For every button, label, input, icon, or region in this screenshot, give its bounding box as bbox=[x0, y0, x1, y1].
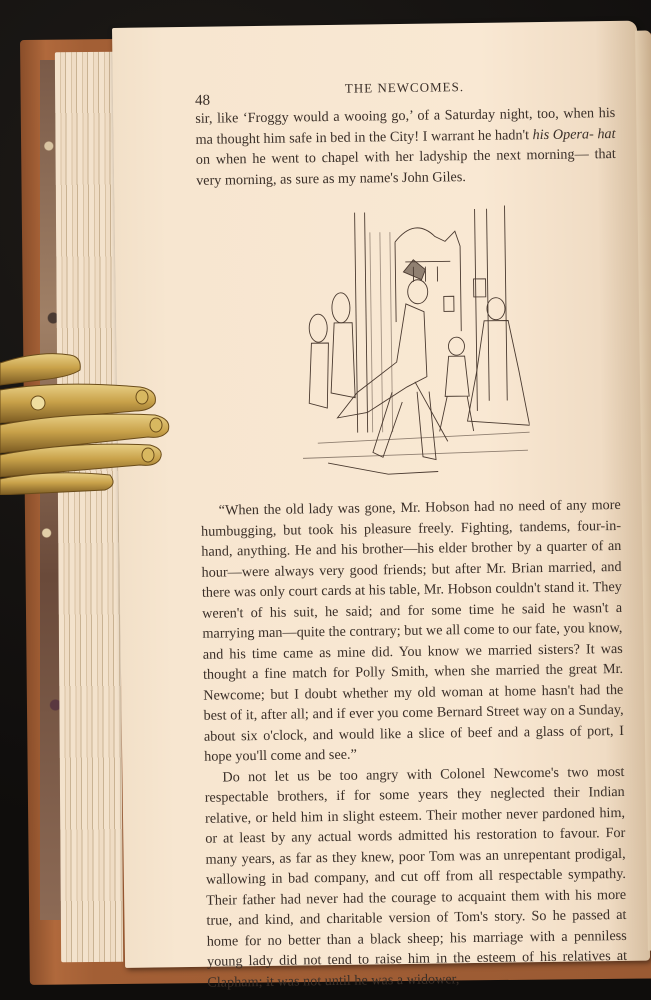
page-stack-edge bbox=[55, 52, 123, 962]
right-page-edge bbox=[635, 30, 651, 950]
narrative-paragraph: Do not let us be too angry with Colonel … bbox=[204, 761, 627, 992]
text-line: ma thought him safe in bed in the City! … bbox=[195, 127, 532, 148]
quote-paragraph: “When the old lady was gone, Mr. Hobson … bbox=[201, 495, 625, 767]
page-number: 48 bbox=[195, 93, 210, 110]
engraving-illustration bbox=[294, 200, 530, 485]
italic-text: hat bbox=[597, 125, 615, 141]
engraving-art bbox=[294, 200, 530, 485]
opening-paragraph: sir, like ‘Froggy would a wooing go,’ of… bbox=[195, 103, 616, 191]
text-line: sir, like ‘Froggy would a wooing go,’ of… bbox=[195, 105, 615, 127]
book-page: 48 THE NEWCOMES. sir, like ‘Froggy would… bbox=[112, 21, 650, 968]
brass-hand-page-holder bbox=[0, 345, 175, 495]
running-title: THE NEWCOMES. bbox=[345, 79, 464, 97]
page-content: 48 THE NEWCOMES. sir, like ‘Froggy would… bbox=[195, 77, 628, 993]
italic-text: his Opera- bbox=[533, 126, 594, 143]
text-line: on when he went to chapel with her ladys… bbox=[196, 146, 589, 167]
